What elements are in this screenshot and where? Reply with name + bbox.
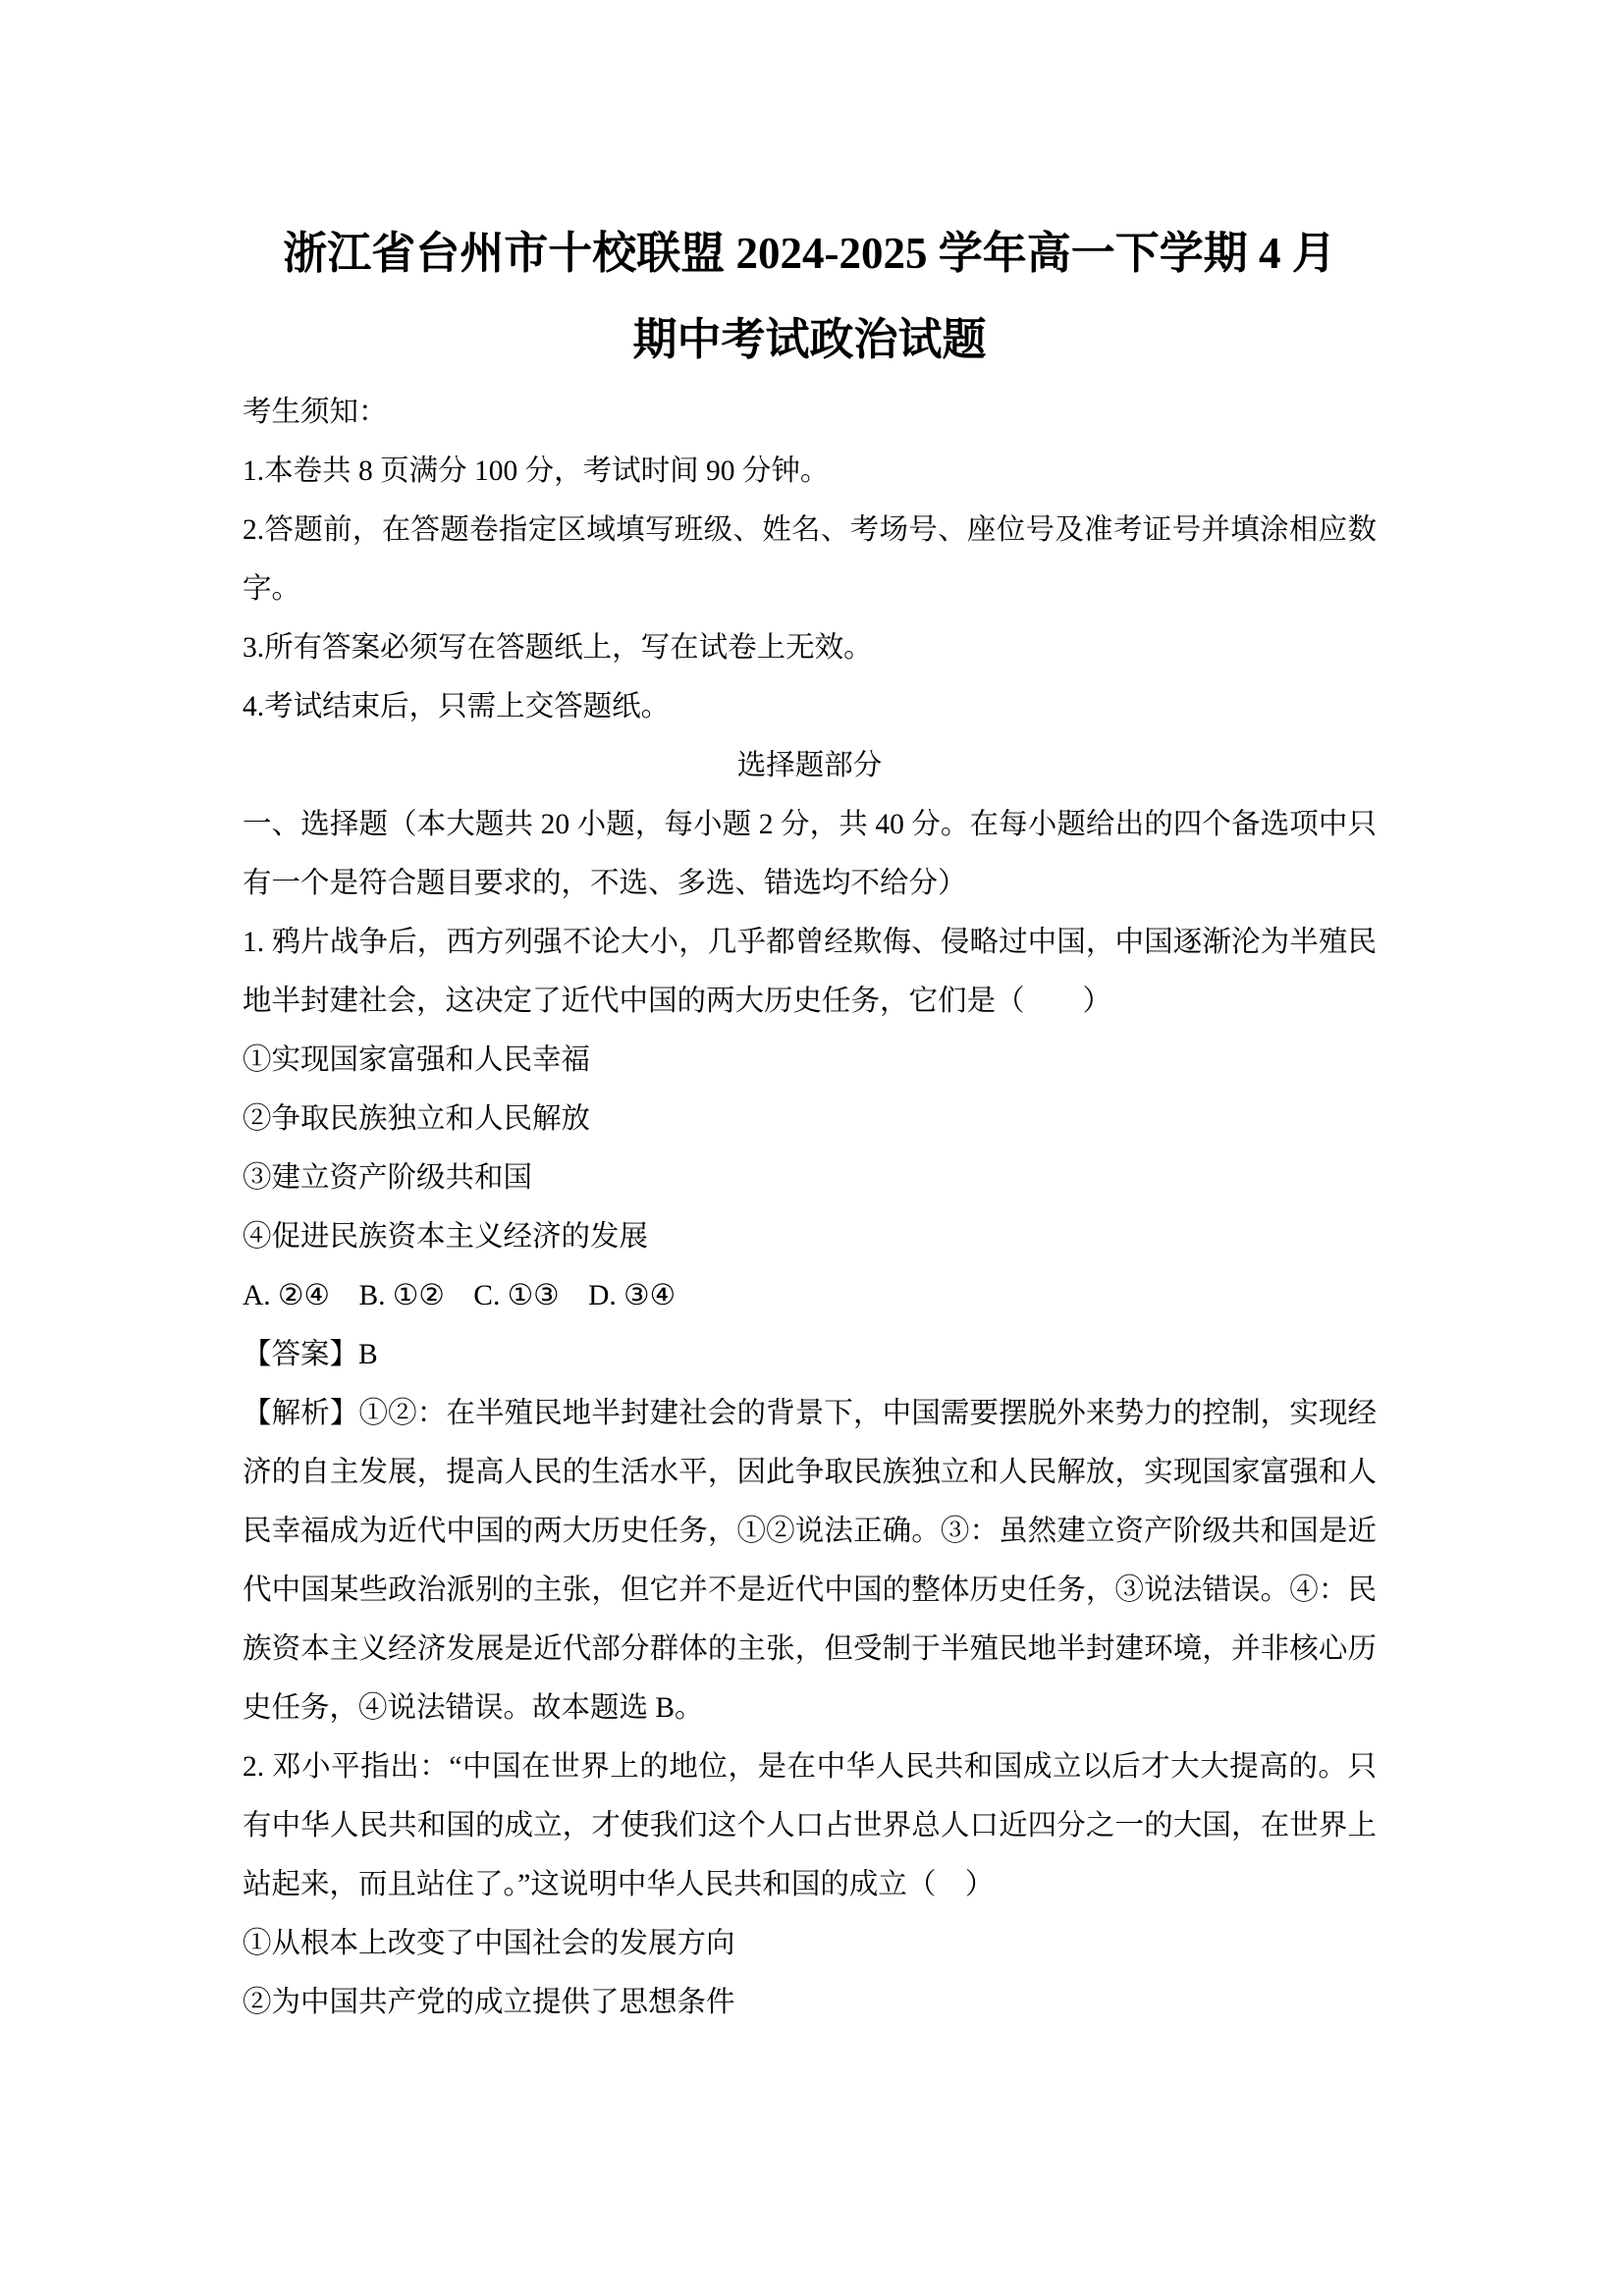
question-2-stem-line-3: 站起来，而且站住了。”这说明中华人民共和国的成立（ ） <box>243 1855 1377 1914</box>
document-content: 浙江省台州市十校联盟 2024-2025 学年高一下学期 4 月 期中考试政治试… <box>243 210 1377 2032</box>
document-title-line-2: 期中考试政治试题 <box>243 296 1377 383</box>
question-1-analysis-line-1: 【解析】①②：在半殖民地半封建社会的背景下，中国需要摆脱外来势力的控制，实现经 <box>243 1384 1377 1443</box>
question-2-stem-line-2: 有中华人民共和国的成立，才使我们这个人口占世界总人口近四分之一的大国，在世界上 <box>243 1796 1377 1855</box>
question-2-stem-line-1: 2. 邓小平指出：“中国在世界上的地位，是在中华人民共和国成立以后才大大提高的。… <box>243 1737 1377 1796</box>
question-1-choices: A. ②④ B. ①② C. ①③ D. ③④ <box>243 1266 1377 1325</box>
section-heading: 选择题部分 <box>243 736 1377 795</box>
question-1-option-4: ④促进民族资本主义经济的发展 <box>243 1207 1377 1266</box>
exam-document-page: 浙江省台州市十校联盟 2024-2025 学年高一下学期 4 月 期中考试政治试… <box>0 0 1624 2296</box>
notice-item-2-line-2: 字。 <box>243 560 1377 618</box>
question-1-answer: 【答案】B <box>243 1325 1377 1384</box>
question-1-analysis-line-2: 济的自主发展，提高人民的生活水平，因此争取民族独立和人民解放，实现国家富强和人 <box>243 1443 1377 1502</box>
question-1-stem-line-2: 地半封建社会，这决定了近代中国的两大历史任务，它们是（ ） <box>243 972 1377 1031</box>
question-1-option-2: ②争取民族独立和人民解放 <box>243 1090 1377 1148</box>
question-2-option-1: ①从根本上改变了中国社会的发展方向 <box>243 1914 1377 1973</box>
notice-item-1: 1.本卷共 8 页满分 100 分，考试时间 90 分钟。 <box>243 442 1377 501</box>
question-1-analysis-line-3: 民幸福成为近代中国的两大历史任务，①②说法正确。③：虽然建立资产阶级共和国是近 <box>243 1502 1377 1561</box>
question-1-stem-line-1: 1. 鸦片战争后，西方列强不论大小，几乎都曾经欺侮、侵略过中国，中国逐渐沦为半殖… <box>243 913 1377 972</box>
notice-item-4: 4.考试结束后，只需上交答题纸。 <box>243 677 1377 736</box>
notice-item-3: 3.所有答案必须写在答题纸上，写在试卷上无效。 <box>243 618 1377 677</box>
section-instructions-line-1: 一、选择题（本大题共 20 小题，每小题 2 分，共 40 分。在每小题给出的四… <box>243 795 1377 854</box>
question-1-analysis-line-5: 族资本主义经济发展是近代部分群体的主张，但受制于半殖民地半封建环境，并非核心历 <box>243 1620 1377 1679</box>
question-1-analysis-line-6: 史任务，④说法错误。故本题选 B。 <box>243 1679 1377 1737</box>
question-2-option-2: ②为中国共产党的成立提供了思想条件 <box>243 1973 1377 2032</box>
document-title-line-1: 浙江省台州市十校联盟 2024-2025 学年高一下学期 4 月 <box>243 210 1377 296</box>
question-1-analysis-line-4: 代中国某些政治派别的主张，但它并不是近代中国的整体历史任务，③说法错误。④：民 <box>243 1561 1377 1620</box>
notice-item-2-line-1: 2.答题前，在答题卷指定区域填写班级、姓名、考场号、座位号及准考证号并填涂相应数 <box>243 501 1377 560</box>
section-instructions-line-2: 有一个是符合题目要求的，不选、多选、错选均不给分） <box>243 854 1377 913</box>
question-1-option-3: ③建立资产阶级共和国 <box>243 1148 1377 1207</box>
notice-heading: 考生须知： <box>243 383 1377 442</box>
question-1-option-1: ①实现国家富强和人民幸福 <box>243 1031 1377 1090</box>
